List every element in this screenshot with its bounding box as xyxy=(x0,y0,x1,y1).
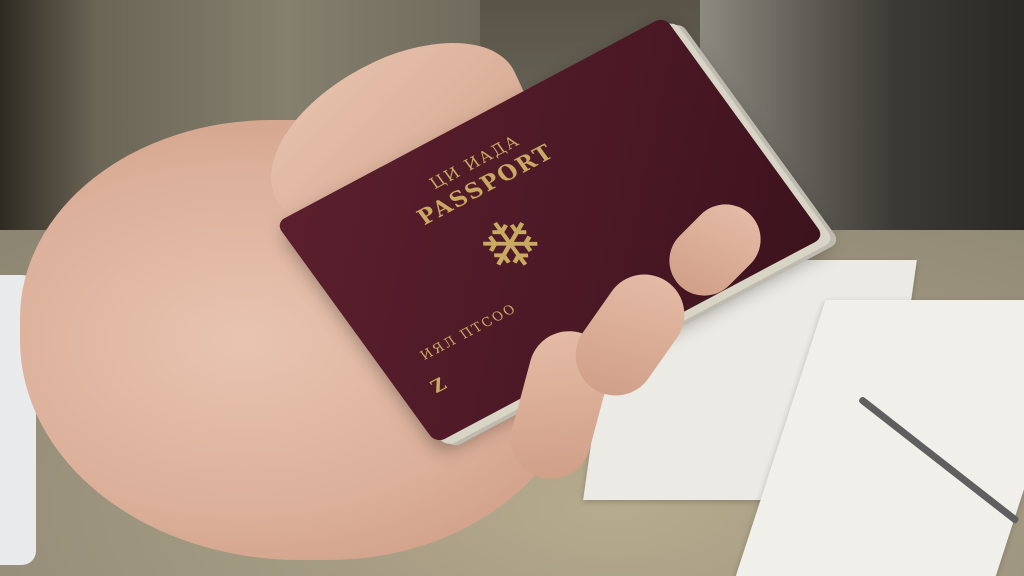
eagle-emblem-icon: ❄ xyxy=(464,202,559,288)
passport-code-text: ИЯЛ ПТСОО xyxy=(418,301,521,363)
passport-mark: Z xyxy=(427,373,453,397)
